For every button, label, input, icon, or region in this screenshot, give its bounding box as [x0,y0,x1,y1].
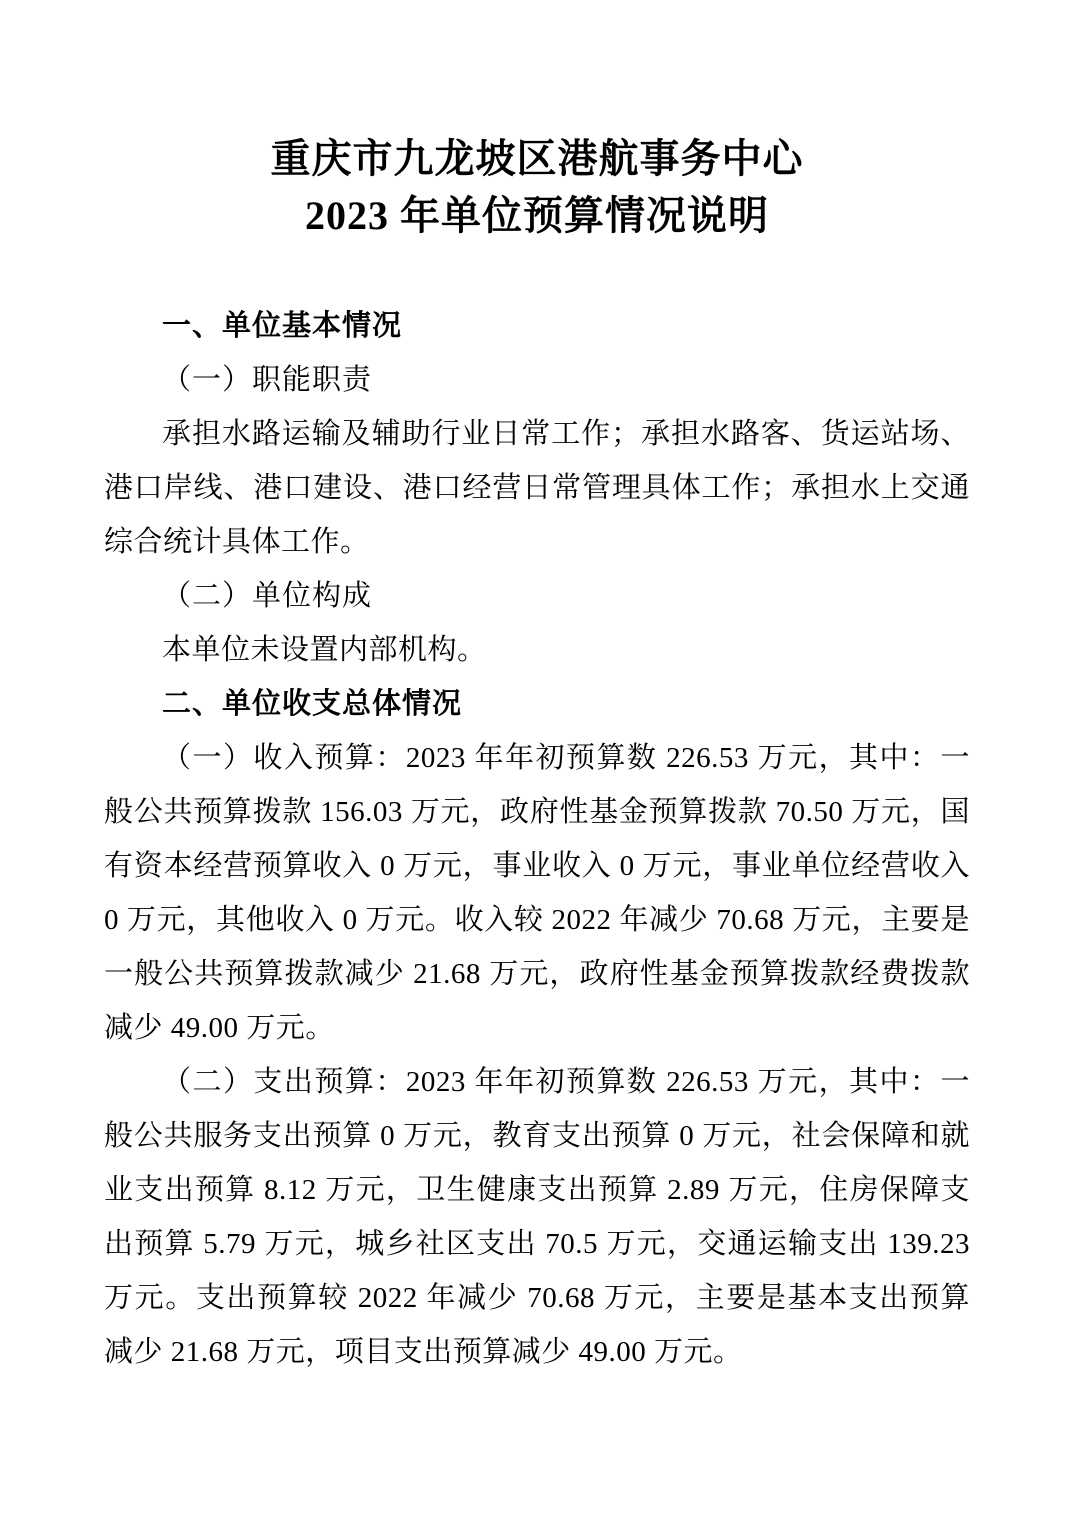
section1-sub2-heading: （二）单位构成 [104,569,970,623]
section2-heading: 二、单位收支总体情况 [104,677,970,731]
section2-expense-paragraph: （二）支出预算：2023 年年初预算数 226.53 万元，其中：一般公共服务支… [104,1055,970,1379]
section1-sub1-heading: （一）职能职责 [104,353,970,407]
title-line-1: 重庆市九龙坡区港航事务中心 [104,130,970,187]
section1-sub1-paragraph: 承担水路运输及辅助行业日常工作；承担水路客、货运站场、港口岸线、港口建设、港口经… [104,407,970,569]
section1-sub2-paragraph: 本单位未设置内部机构。 [104,623,970,677]
section1-heading: 一、单位基本情况 [104,299,970,353]
title-line-2: 2023 年单位预算情况说明 [104,187,970,244]
section2-income-paragraph: （一）收入预算：2023 年年初预算数 226.53 万元，其中：一般公共预算拨… [104,731,970,1055]
document-title: 重庆市九龙坡区港航事务中心 2023 年单位预算情况说明 [104,130,970,244]
document-page: 重庆市九龙坡区港航事务中心 2023 年单位预算情况说明 一、单位基本情况 （一… [0,0,1074,1520]
document-content: 重庆市九龙坡区港航事务中心 2023 年单位预算情况说明 一、单位基本情况 （一… [0,130,1074,1379]
